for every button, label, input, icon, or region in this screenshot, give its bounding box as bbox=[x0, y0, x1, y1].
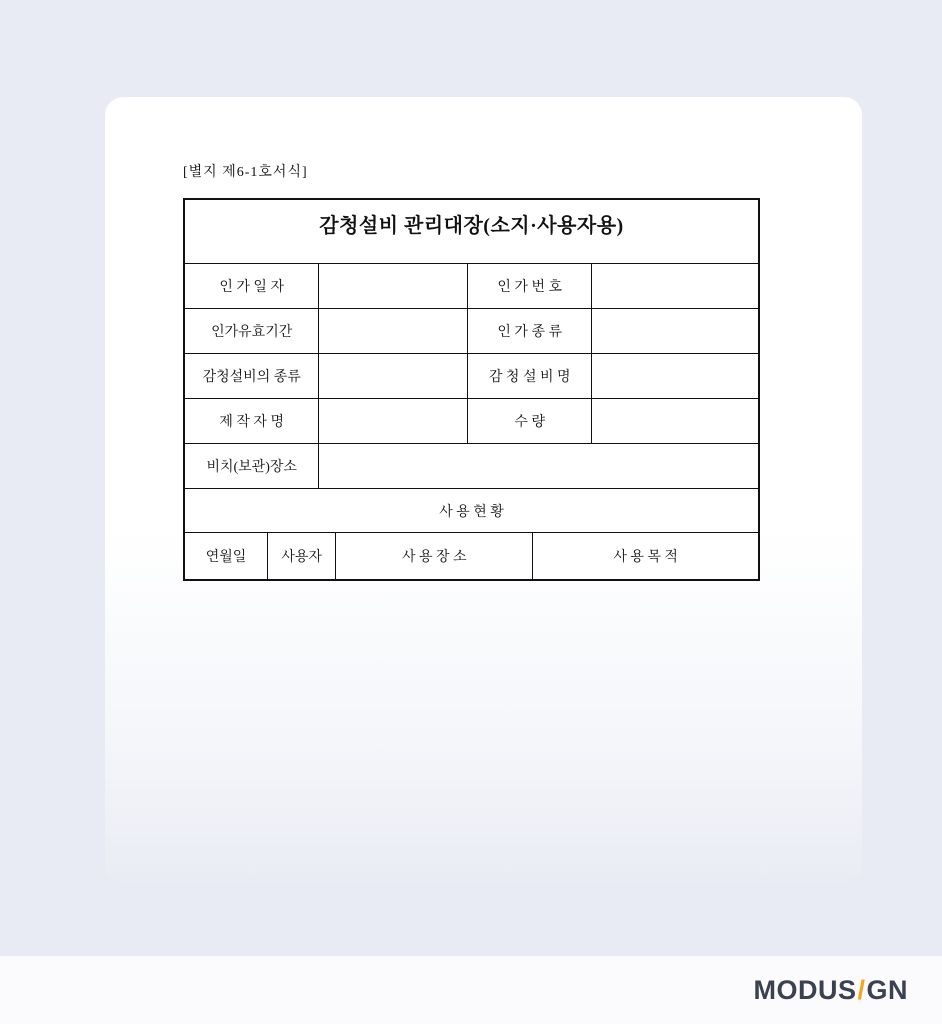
table-row-approval-validity: 인가유효기간 인 가 종 류 bbox=[185, 309, 758, 354]
logo-text-left: MODUS bbox=[753, 975, 856, 1005]
label-approval-date: 인 가 일 자 bbox=[185, 264, 319, 308]
value-approval-date bbox=[319, 264, 468, 308]
table-row-usage-columns: 연월일 사용자 사 용 장 소 사 용 목 적 bbox=[185, 533, 758, 579]
usage-column-place: 사 용 장 소 bbox=[336, 533, 533, 579]
logo-slash-icon: / bbox=[856, 975, 866, 1005]
usage-column-date: 연월일 bbox=[185, 533, 268, 579]
logo-text-right: GN bbox=[867, 975, 909, 1005]
table-row-manufacturer: 제 작 자 명 수 량 bbox=[185, 399, 758, 444]
table-row-approval-date: 인 가 일 자 인 가 번 호 bbox=[185, 264, 758, 309]
modusign-logo: MODUS/GN bbox=[753, 975, 908, 1006]
label-manufacturer: 제 작 자 명 bbox=[185, 399, 319, 443]
value-manufacturer bbox=[319, 399, 468, 443]
label-equipment-name: 감 청 설 비 명 bbox=[468, 354, 592, 398]
label-approval-type: 인 가 종 류 bbox=[468, 309, 592, 353]
form-reference-note: [별지 제6-1호서식] bbox=[183, 161, 308, 181]
table-row-equipment-type: 감청설비의 종류 감 청 설 비 명 bbox=[185, 354, 758, 399]
screenshot-viewport: [별지 제6-1호서식] 감청설비 관리대장(소지·사용자용) 인 가 일 자 … bbox=[0, 0, 942, 1024]
value-quantity bbox=[592, 399, 758, 443]
value-equipment-name bbox=[592, 354, 758, 398]
label-equipment-type: 감청설비의 종류 bbox=[185, 354, 319, 398]
label-storage-location: 비치(보관)장소 bbox=[185, 444, 319, 488]
form-title-row: 감청설비 관리대장(소지·사용자용) bbox=[185, 200, 758, 264]
value-approval-validity bbox=[319, 309, 468, 353]
value-approval-number bbox=[592, 264, 758, 308]
label-approval-number: 인 가 번 호 bbox=[468, 264, 592, 308]
table-row-usage-section: 사 용 현 황 bbox=[185, 489, 758, 533]
label-approval-validity: 인가유효기간 bbox=[185, 309, 319, 353]
interception-equipment-form-table: 감청설비 관리대장(소지·사용자용) 인 가 일 자 인 가 번 호 인가유효기… bbox=[183, 198, 760, 581]
value-equipment-type bbox=[319, 354, 468, 398]
usage-column-user: 사용자 bbox=[268, 533, 336, 579]
document-page: [별지 제6-1호서식] 감청설비 관리대장(소지·사용자용) 인 가 일 자 … bbox=[105, 97, 862, 883]
usage-column-purpose: 사 용 목 적 bbox=[533, 533, 758, 579]
usage-section-title: 사 용 현 황 bbox=[185, 489, 758, 532]
value-storage-location bbox=[319, 444, 758, 488]
footer-bar: MODUS/GN bbox=[0, 956, 942, 1024]
value-approval-type bbox=[592, 309, 758, 353]
form-title: 감청설비 관리대장(소지·사용자용) bbox=[185, 200, 758, 263]
table-row-storage-location: 비치(보관)장소 bbox=[185, 444, 758, 489]
label-quantity: 수 량 bbox=[468, 399, 592, 443]
